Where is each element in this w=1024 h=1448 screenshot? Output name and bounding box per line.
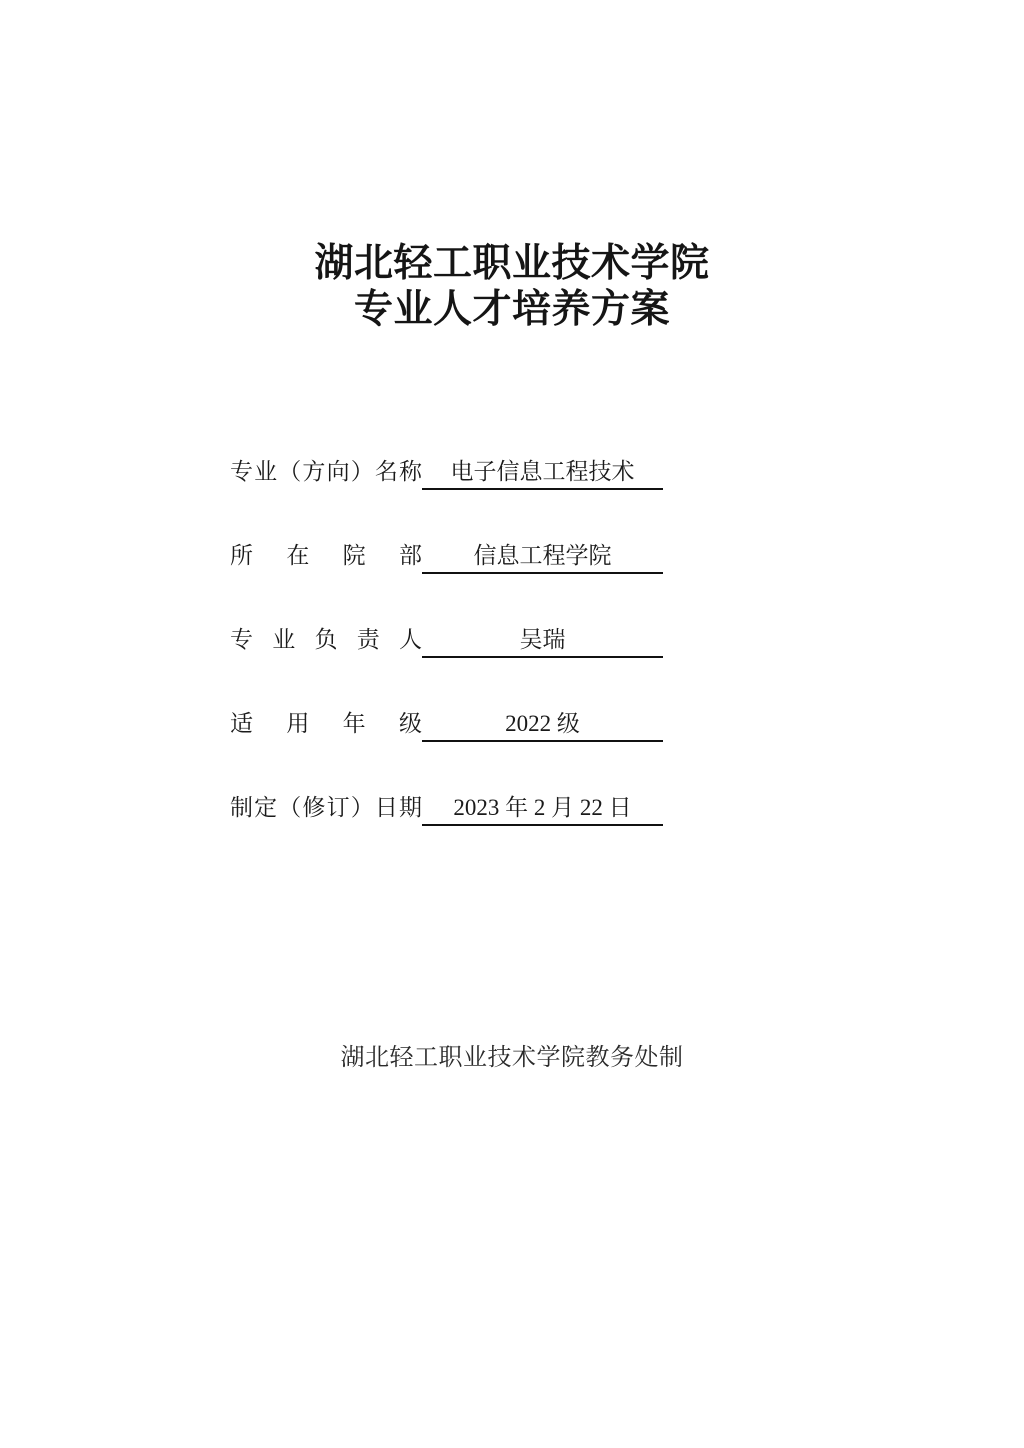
field-label-department: 所在院部 — [230, 542, 422, 574]
field-label-applicable-grade: 适用年级 — [230, 710, 422, 742]
document-title-line2: 专业人才培养方案 — [0, 287, 1024, 333]
document-page: 湖北轻工职业技术学院 专业人才培养方案 专业（方向）名称 电子信息工程技术 所在… — [0, 0, 1024, 1448]
field-label-major-name: 专业（方向）名称 — [230, 458, 422, 490]
field-label-revision-date: 制定（修订）日期 — [230, 794, 422, 826]
field-row-revision-date: 制定（修订）日期 2023 年 2 月 22 日 — [230, 792, 663, 826]
field-label-program-leader: 专业负责人 — [230, 626, 422, 658]
field-value-applicable-grade: 2022 级 — [422, 710, 663, 742]
field-value-revision-date: 2023 年 2 月 22 日 — [422, 794, 663, 826]
field-row-department: 所在院部 信息工程学院 — [230, 540, 663, 574]
field-row-program-leader: 专业负责人 吴瑞 — [230, 624, 663, 658]
document-title: 湖北轻工职业技术学院 专业人才培养方案 — [0, 241, 1024, 333]
issuing-office-line: 湖北轻工职业技术学院教务处制 — [0, 1041, 1024, 1075]
field-row-major-name: 专业（方向）名称 电子信息工程技术 — [230, 456, 663, 490]
field-value-major-name: 电子信息工程技术 — [422, 458, 663, 490]
field-value-department: 信息工程学院 — [422, 542, 663, 574]
cover-form: 专业（方向）名称 电子信息工程技术 所在院部 信息工程学院 专业负责人 吴瑞 适… — [230, 456, 663, 876]
field-value-program-leader: 吴瑞 — [422, 626, 663, 658]
field-row-applicable-grade: 适用年级 2022 级 — [230, 708, 663, 742]
document-title-line1: 湖北轻工职业技术学院 — [0, 241, 1024, 287]
